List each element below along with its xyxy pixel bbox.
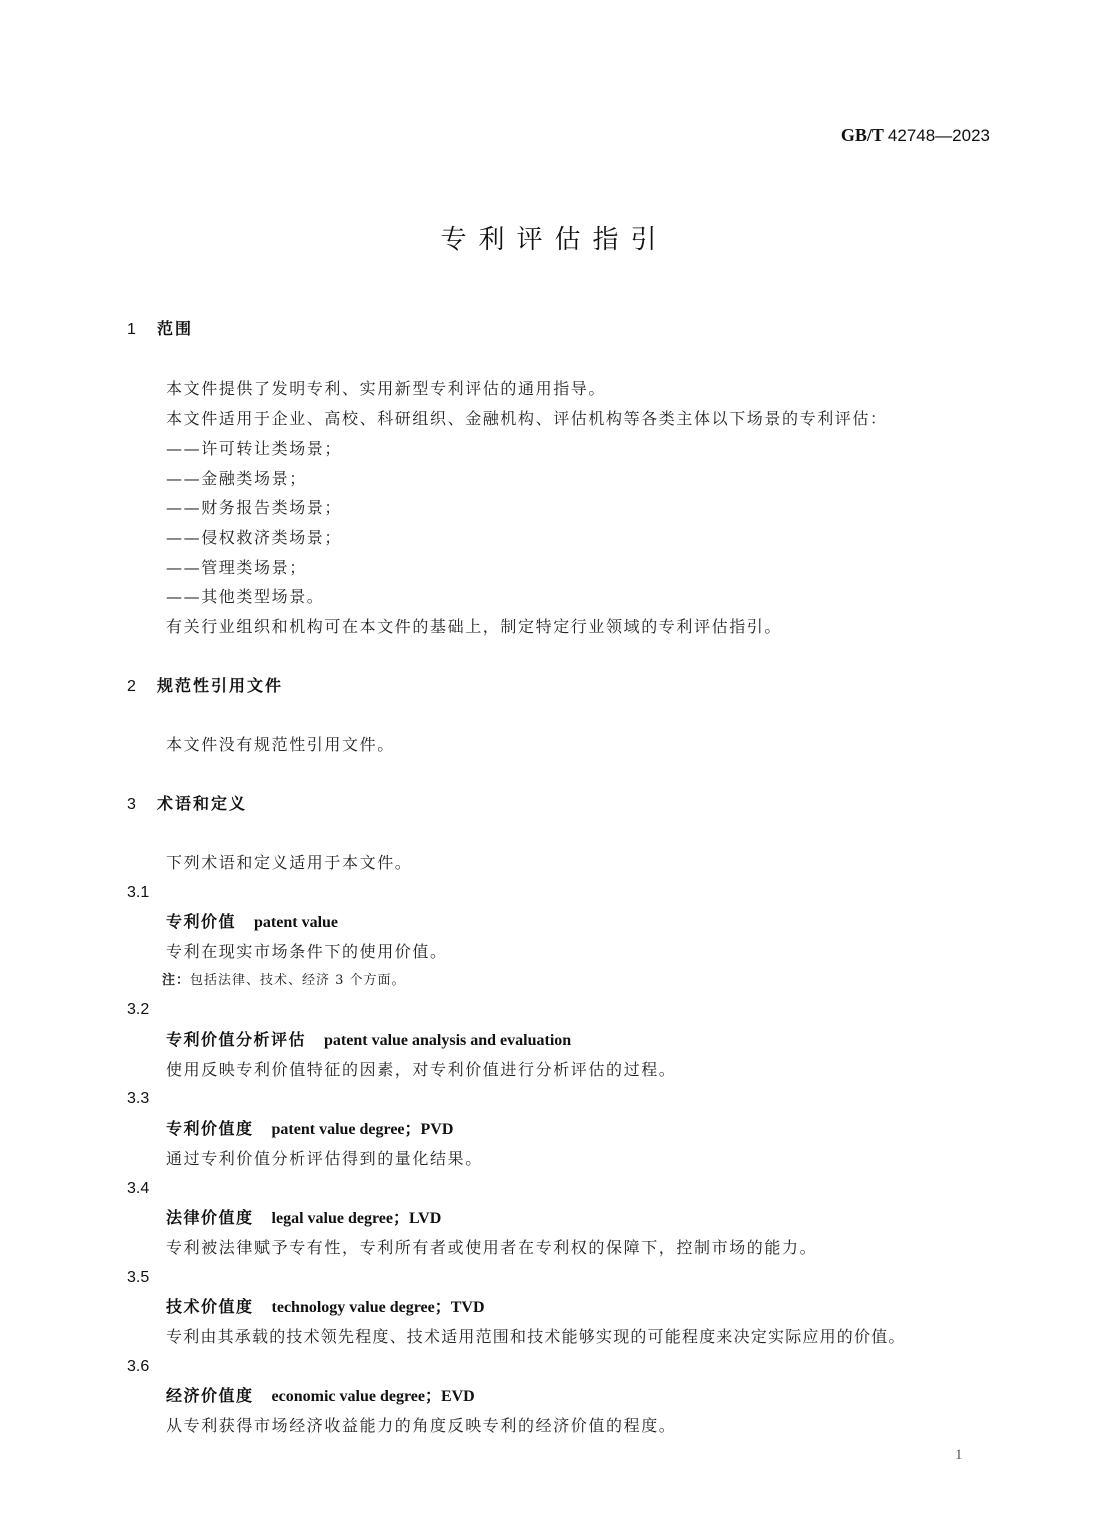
term-number: 3.5: [127, 1267, 149, 1289]
section-number: 2: [127, 676, 157, 698]
term-number: 3.4: [127, 1178, 149, 1200]
section-number: 3: [127, 794, 157, 816]
term-english: patent value degree；PVD: [272, 1121, 454, 1138]
term-chinese: 专利价值度: [166, 1119, 254, 1138]
term-english: economic value degree；EVD: [272, 1388, 475, 1405]
section-heading-2: 2规范性引用文件: [127, 675, 283, 698]
term-definition: 专利由其承载的技术领先程度、技术适用范围和技术能够实现的可能程度来决定实际应用的…: [166, 1326, 906, 1348]
term-number: 3.6: [127, 1356, 149, 1378]
section-title: 范围: [157, 319, 193, 338]
term-note: 注：包括法律、技术、经济 3 个方面。: [162, 972, 406, 990]
term-definition: 从专利获得市场经济收益能力的角度反映专利的经济价值的程度。: [166, 1415, 676, 1437]
term-title: 专利价值patent value: [166, 911, 338, 934]
standard-code: 42748—2023: [888, 126, 990, 145]
term-title: 技术价值度technology value degree；TVD: [166, 1296, 485, 1319]
section-title: 术语和定义: [157, 794, 247, 813]
term-chinese: 法律价值度: [166, 1208, 254, 1227]
term-definition: 使用反映专利价值特征的因素，对专利价值进行分析评估的过程。: [166, 1059, 676, 1081]
list-item: ——侵权救济类场景；: [166, 527, 342, 549]
standard-prefix: GB/T: [841, 125, 884, 145]
note-text: 包括法律、技术、经济 3 个方面。: [190, 973, 406, 988]
term-definition: 专利在现实市场条件下的使用价值。: [166, 941, 448, 963]
term-title: 专利价值分析评估patent value analysis and evalua…: [166, 1029, 571, 1052]
term-number: 3.3: [127, 1088, 149, 1110]
section-title: 规范性引用文件: [157, 676, 283, 695]
term-english: technology value degree；TVD: [272, 1299, 485, 1316]
term-chinese: 专利价值: [166, 912, 236, 931]
paragraph: 本文件没有规范性引用文件。: [166, 734, 395, 756]
term-chinese: 技术价值度: [166, 1297, 254, 1316]
paragraph: 本文件适用于企业、高校、科研组织、金融机构、评估机构等各类主体以下场景的专利评估…: [166, 408, 888, 430]
list-item: ——金融类场景；: [166, 468, 307, 490]
standard-number: GB/T42748—2023: [841, 124, 990, 147]
paragraph: 本文件提供了发明专利、实用新型专利评估的通用指导。: [166, 378, 606, 400]
section-heading-3: 3术语和定义: [127, 793, 247, 816]
list-item: ——许可转让类场景；: [166, 438, 342, 460]
term-chinese: 经济价值度: [166, 1386, 254, 1405]
list-item: ——其他类型场景。: [166, 586, 324, 608]
list-item: ——财务报告类场景；: [166, 497, 342, 519]
term-definition: 专利被法律赋予专有性，专利所有者或使用者在专利权的保障下，控制市场的能力。: [166, 1237, 817, 1259]
section-number: 1: [127, 319, 157, 341]
term-chinese: 专利价值分析评估: [166, 1030, 306, 1049]
list-item: ——管理类场景；: [166, 557, 307, 579]
term-number: 3.2: [127, 999, 149, 1021]
term-number: 3.1: [127, 882, 149, 904]
term-english: patent value: [254, 914, 338, 931]
term-definition: 通过专利价值分析评估得到的量化结果。: [166, 1148, 483, 1170]
paragraph: 下列术语和定义适用于本文件。: [166, 852, 412, 874]
page-number: 1: [955, 1445, 963, 1465]
paragraph: 有关行业组织和机构可在本文件的基础上，制定特定行业领域的专利评估指引。: [166, 616, 782, 638]
section-heading-1: 1范围: [127, 318, 193, 341]
document-title: 专利评估指引: [0, 222, 1097, 258]
term-english: patent value analysis and evaluation: [324, 1032, 571, 1049]
note-label: 注：: [162, 973, 190, 988]
term-title: 经济价值度economic value degree；EVD: [166, 1385, 475, 1408]
term-title: 法律价值度legal value degree；LVD: [166, 1207, 441, 1230]
term-english: legal value degree；LVD: [272, 1210, 442, 1227]
term-title: 专利价值度patent value degree；PVD: [166, 1118, 453, 1141]
